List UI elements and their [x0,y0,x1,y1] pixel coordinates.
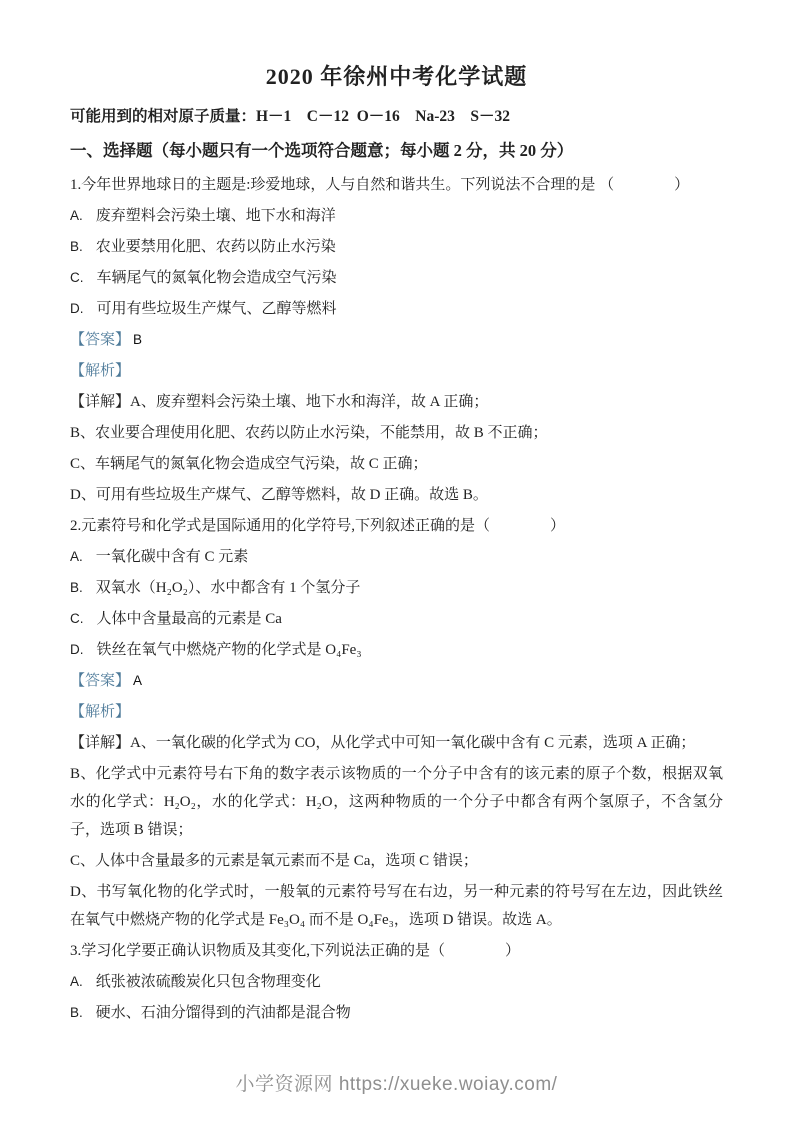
option-label: B. [70,999,83,1027]
option-text: 车辆尾气的氮氧化物会造成空气污染 [97,264,724,292]
answer-label: 【答案】 [70,673,130,689]
question-stem: 3.学习化学要正确认识物质及其变化,下列说法正确的是（ ） [70,937,723,965]
answer-line: 【答案】A [70,667,723,695]
option-row: A. 纸张被浓硫酸炭化只包含物理变化 [70,968,723,996]
option-row: A. 一氧化碳中含有 C 元素 [70,543,723,571]
analysis-line: 【解析】 [70,698,723,726]
option-row: D. 可用有些垃圾生产煤气、乙醇等燃料 [70,295,723,323]
detail-paragraph: 【详解】A、一氧化碳的化学式为 CO，从化学式中可知一氧化碳中含有 C 元素，选… [70,729,723,757]
question-block-3: 3.学习化学要正确认识物质及其变化,下列说法正确的是（ ） A. 纸张被浓硫酸炭… [70,937,723,1027]
exam-document-page: 2020 年徐州中考化学试题 可能用到的相对原子质量：H－1 C－12 O－16… [0,0,793,1122]
detail-paragraph: C、人体中含量最多的元素是氧元素而不是 Ca，选项 C 错误； [70,847,723,875]
option-label: A. [70,543,83,571]
option-text: 废弃塑料会污染土壤、地下水和海洋 [96,202,723,230]
option-label: D. [70,295,84,323]
option-text: 农业要禁用化肥、农药以防止水污染 [96,233,723,261]
detail-paragraph: 【详解】A、废弃塑料会污染土壤、地下水和海洋，故 A 正确； [70,388,723,416]
option-text: 一氧化碳中含有 C 元素 [96,543,723,571]
option-text: 可用有些垃圾生产煤气、乙醇等燃料 [97,295,724,323]
option-label: C. [70,605,84,633]
option-label: B. [70,233,83,261]
detail-paragraph: D、书写氧化物的化学式时，一般氧的元素符号写在右边，另一种元素的符号写在左边，因… [70,878,723,934]
option-row: B. 农业要禁用化肥、农药以防止水污染 [70,233,723,261]
section-heading: 一、选择题（每小题只有一个选项符合题意；每小题 2 分，共 20 分） [70,138,723,164]
option-row: B. 双氧水（H₂O₂）、水中都含有 1 个氢分子 [70,574,723,602]
analysis-line: 【解析】 [70,357,723,385]
option-row: C. 车辆尾气的氮氧化物会造成空气污染 [70,264,723,292]
detail-paragraph: B、农业要合理使用化肥、农药以防止水污染，不能禁用，故 B 不正确； [70,419,723,447]
option-text: 硬水、石油分馏得到的汽油都是混合物 [96,999,723,1027]
option-row: C. 人体中含量最高的元素是 Ca [70,605,723,633]
answer-line: 【答案】B [70,326,723,354]
question-stem: 1.今年世界地球日的主题是:珍爱地球，人与自然和谐共生。下列说法不合理的是 （ … [70,171,723,199]
option-row: B. 硬水、石油分馏得到的汽油都是混合物 [70,999,723,1027]
answer-value: A [133,673,142,688]
option-label: C. [70,264,84,292]
analysis-label: 【解析】 [70,704,130,720]
option-label: A. [70,202,83,230]
option-text: 纸张被浓硫酸炭化只包含物理变化 [96,968,723,996]
option-row: D. 铁丝在氧气中燃烧产物的化学式是 O₄Fe₃ [70,636,723,664]
option-text: 双氧水（H₂O₂）、水中都含有 1 个氢分子 [96,574,723,602]
option-label: A. [70,968,83,996]
document-content: 2020 年徐州中考化学试题 可能用到的相对原子质量：H－1 C－12 O－16… [0,0,793,1027]
question-stem: 2.元素符号和化学式是国际通用的化学符号,下列叙述正确的是（ ） [70,512,723,540]
question-block-2: 2.元素符号和化学式是国际通用的化学符号,下列叙述正确的是（ ） A. 一氧化碳… [70,512,723,934]
atomic-mass-line: 可能用到的相对原子质量：H－1 C－12 O－16 Na-23 S－32 [70,105,723,129]
answer-label: 【答案】 [70,332,130,348]
question-block-1: 1.今年世界地球日的主题是:珍爱地球，人与自然和谐共生。下列说法不合理的是 （ … [70,171,723,509]
page-title: 2020 年徐州中考化学试题 [70,62,723,92]
detail-paragraph: D、可用有些垃圾生产煤气、乙醇等燃料，故 D 正确。故选 B。 [70,481,723,509]
option-text: 铁丝在氧气中燃烧产物的化学式是 O₄Fe₃ [97,636,724,664]
option-label: B. [70,574,83,602]
detail-paragraph: B、化学式中元素符号右下角的数字表示该物质的一个分子中含有的该元素的原子个数，根… [70,760,723,844]
option-row: A. 废弃塑料会污染土壤、地下水和海洋 [70,202,723,230]
option-text: 人体中含量最高的元素是 Ca [97,605,724,633]
answer-value: B [133,332,142,347]
option-label: D. [70,636,84,664]
footer-watermark: 小学资源网 https://xueke.woiay.com/ [0,1069,793,1096]
analysis-label: 【解析】 [70,363,130,379]
detail-paragraph: C、车辆尾气的氮氧化物会造成空气污染，故 C 正确； [70,450,723,478]
